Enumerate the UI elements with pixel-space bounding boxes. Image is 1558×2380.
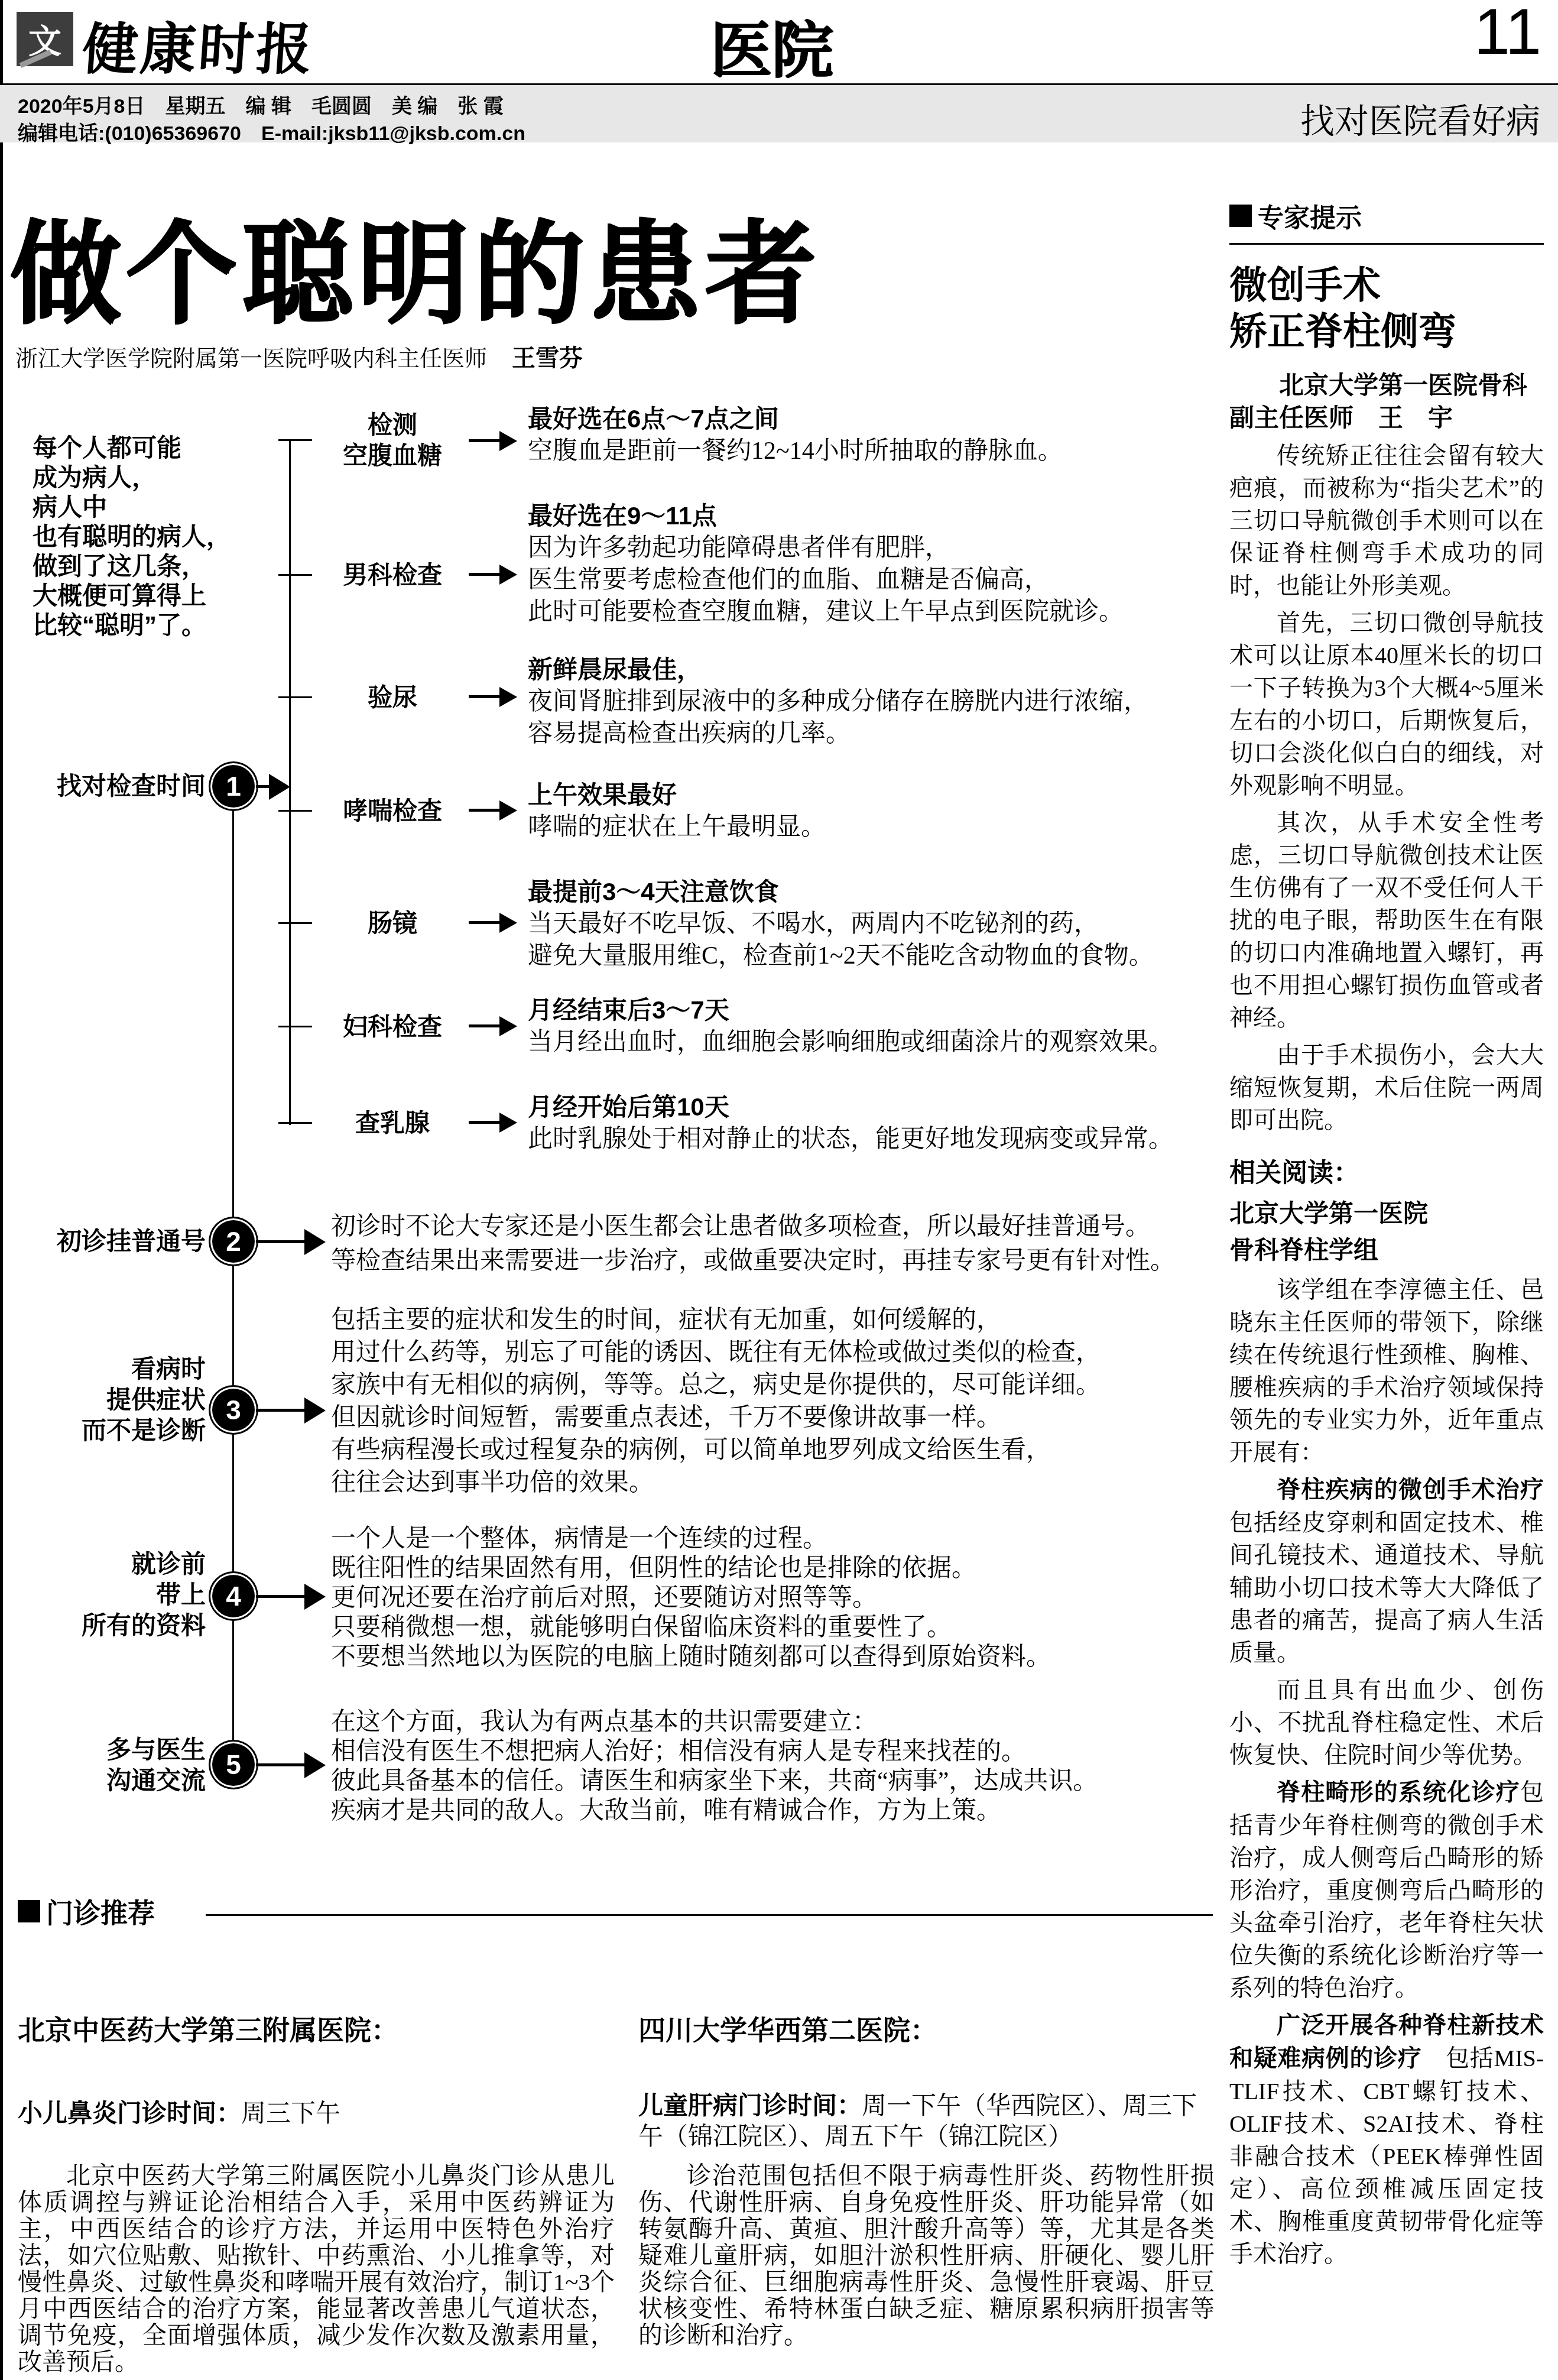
intro-text: 每个人都可能成为病人，病人中也有聪明的病人，做到了这几条，大概便可算得上比较“聪… <box>33 433 231 640</box>
step-text-5: 在这个方面，我认为有两点基本的共识需要建立：相信没有医生不想把病人治好；相信没有… <box>331 1707 1098 1825</box>
branch-label-asthma-test: 哮喘检查 <box>312 796 473 826</box>
step-label-5: 多与医生沟通交流 <box>8 1734 206 1796</box>
clinics-rule <box>206 1914 1213 1916</box>
step-circle-2: 2 <box>212 1220 255 1263</box>
main-headline: 做个聪明的患者 <box>9 184 820 344</box>
related-paragraph: 该学组在李淳德主任、邑晓东主任医师的带领下，除继续在传统退行性颈椎、胸椎、腰椎疾… <box>1229 1273 1544 1468</box>
bracket-tick <box>278 1122 312 1124</box>
step-label-3: 看病时提供症状而不是诊断 <box>8 1354 206 1446</box>
byline-author: 王雪芬 <box>512 345 583 371</box>
byline: 浙江大学医学院附属第一医院呼吸内科主任医师王雪芬 <box>15 339 583 373</box>
expert-sidebar: 专家提示 微创手术矫正脊柱侧弯 北京大学第一医院骨科副主任医师 王 宇 传统矫正… <box>1229 197 1544 2270</box>
date-editor-line: 2020年5月8日 星期五 编 辑 毛圆圆 美 编 张 霞 <box>18 90 504 119</box>
branch-text-gynecology: 月经结束后3～7天 当月经出血时，血细胞会影响细胞或细菌涂片的观察效果。 <box>528 994 1173 1058</box>
newspaper-logo-name: 健康时报 <box>80 5 317 85</box>
expert-author: 王 宇 <box>1378 404 1453 432</box>
step-circle-1: 1 <box>212 765 255 808</box>
branch-text-colonoscopy: 最提前3～4天注意饮食 当天最好不吃早饭、不喝水，两周内不吃铋剂的药，避免大量服… <box>528 876 1154 972</box>
arrow-icon <box>469 695 499 698</box>
clinic-left-schedule: 小儿鼻炎门诊时间：周三下午 <box>18 2094 340 2129</box>
arrow-icon <box>469 573 499 576</box>
expert-paragraph: 其次，从手术安全性考虑，三切口导航微创技术让医生仿佛有了一双不受任何人干扰的电子… <box>1229 806 1544 1034</box>
bracket-tick <box>278 574 312 576</box>
byline-title: 浙江大学医学院附属第一医院呼吸内科主任医师 <box>15 346 487 371</box>
clinics-kicker-label: 门诊推荐 <box>46 1892 155 1931</box>
branch-text-fasting-glucose: 最好选在6点～7点之间 空腹血是距前一餐约12~14小时所抽取的静脉血。 <box>528 403 1063 467</box>
step-text-3: 包括主要的症状和发生的时间，症状有无加重，如何缓解的，用过什么药等，别忘了可能的… <box>331 1304 1101 1499</box>
branch-label-gynecology: 妇科检查 <box>312 1011 473 1042</box>
arrow-icon <box>469 921 499 924</box>
step-label-4: 就诊前带上所有的资料 <box>8 1549 206 1641</box>
flow-connector-line <box>232 786 234 1765</box>
clinics-kicker: 门诊推荐 <box>18 1892 155 1931</box>
clinic-right-schedule: 儿童肝病门诊时间：周一下午（华西院区）、周三下午（锦江院区）、周五下午（锦江院区… <box>638 2090 1215 2152</box>
branch-text-urine-test: 新鲜晨尿最佳， 夜间肾脏排到尿液中的多种成分储存在膀胱内进行浓缩，容易提高检查出… <box>528 654 1148 750</box>
bracket-tick <box>278 1026 312 1027</box>
black-square-icon <box>18 1900 40 1922</box>
arrow-icon <box>256 785 270 788</box>
page-left-border <box>0 0 3 2380</box>
related-paragraph: 脊柱疾病的微创手术治疗 包括经皮穿刺和固定技术、椎间孔镜技术、通道技术、导航辅助… <box>1229 1473 1544 1669</box>
arrow-icon <box>469 809 499 812</box>
related-paragraph: 而且具有出血少、创伤小、不扰乱脊柱稳定性、术后恢复快、住院时间少等优势。 <box>1229 1674 1544 1771</box>
bracket-tick <box>278 922 312 924</box>
bracket-tick <box>278 810 312 812</box>
arrow-icon <box>256 1595 306 1598</box>
arrow-icon <box>469 1024 499 1027</box>
expert-kicker-label: 专家提示 <box>1258 197 1362 235</box>
section-title: 医院 <box>671 1 872 90</box>
expert-paragraph: 由于手术损伤小，会大大缩短恢复期，术后住院一两周即可出院。 <box>1229 1039 1544 1136</box>
step-text-4: 一个人是一个整体，病情是一个连续的过程。既往阳性的结果固然有用，但阴性的结论也是… <box>331 1524 1051 1672</box>
clinic-left-body: 北京中医药大学第三附属医院小儿鼻炎门诊从患儿体质调控与辨证论治相结合入手，采用中… <box>18 2162 615 2375</box>
clinic-right-body: 诊治范围包括但不限于病毒性肝炎、药物性肝损伤、代谢性肝病、自身免疫性肝炎、肝功能… <box>638 2162 1215 2349</box>
bracket-tick <box>278 439 312 441</box>
step-circle-4: 4 <box>212 1575 255 1617</box>
bracket-tick <box>278 696 312 698</box>
branch-label-fasting-glucose: 检测空腹血糖 <box>312 410 473 471</box>
related-reading-label: 相关阅读： <box>1229 1152 1544 1189</box>
related-paragraph: 脊柱畸形的系统化诊疗包括青少年脊柱侧弯的微创手术治疗，成人侧弯后凸畸形的矫形治疗… <box>1229 1776 1544 2004</box>
expert-kicker: 专家提示 <box>1229 197 1544 235</box>
related-paragraph: 广泛开展各种脊柱新技术和疑难病例的诊疗 包括MIS-TLIF技术、CBT螺钉技术… <box>1229 2009 1544 2270</box>
expert-rule <box>1229 243 1544 245</box>
branch-label-breast-exam: 查乳腺 <box>312 1108 473 1139</box>
newspaper-logo-icon: 文 <box>17 12 73 66</box>
branch-text-asthma-test: 上午效果最好 哮喘的症状在上午最明显。 <box>528 779 826 843</box>
step-circle-3: 3 <box>212 1389 255 1431</box>
arrow-icon <box>256 1409 306 1412</box>
expert-byline: 北京大学第一医院骨科副主任医师 王 宇 <box>1229 370 1544 435</box>
step-label-2: 初诊挂普通号 <box>8 1226 206 1257</box>
branch-text-andrology: 最好选在9～11点 因为许多勃起功能障碍患者伴有肥胖，医生常要考虑检查他们的血脂… <box>528 500 1124 628</box>
arrow-icon <box>256 1763 306 1766</box>
branch-label-andrology: 男科检查 <box>312 560 473 591</box>
arrow-icon <box>256 1240 306 1243</box>
expert-title: 微创手术矫正脊柱侧弯 <box>1229 262 1544 355</box>
newspaper-page: 文 健康时报 医院 11 2020年5月8日 星期五 编 辑 毛圆圆 美 编 张… <box>0 0 1558 2380</box>
clinic-right-title: 四川大学华西第二医院： <box>638 2009 937 2048</box>
arrow-icon <box>469 1121 499 1124</box>
clinic-left-title: 北京中医药大学第三附属医院： <box>18 2009 398 2048</box>
section-slogan: 找对医院看好病 <box>1300 93 1540 143</box>
step-text-2: 初诊时不论大专家还是小医生都会让患者做多项检查，所以最好挂普通号。等检查结果出来… <box>331 1210 1175 1278</box>
page-number: 11 <box>1474 0 1541 69</box>
expert-paragraph: 首先，三切口微创导航技术可以让原本40厘米长的切口一下子转换为3个大概4~5厘米… <box>1229 607 1544 802</box>
step-circle-5: 5 <box>212 1743 255 1786</box>
branch-label-urine-test: 验尿 <box>312 682 473 713</box>
expert-paragraph: 传统矫正往往会留有较大疤痕，而被称为“指尖艺术”的三切口导航微创手术则可以在保证… <box>1229 439 1544 602</box>
contact-line: 编辑电话:(010)65369670 E-mail:jksb11@jksb.co… <box>18 117 525 146</box>
arrow-icon <box>469 439 499 442</box>
branch-text-breast-exam: 月经开始后第10天 此时乳腺处于相对静止的状态，能更好地发现病变或异常。 <box>528 1091 1173 1155</box>
related-hospital-name: 北京大学第一医院骨科脊柱学组 <box>1229 1195 1544 1269</box>
black-square-icon <box>1229 205 1252 227</box>
branch-label-colonoscopy: 肠镜 <box>312 908 473 939</box>
step-label-1: 找对检查时间 <box>8 771 206 802</box>
